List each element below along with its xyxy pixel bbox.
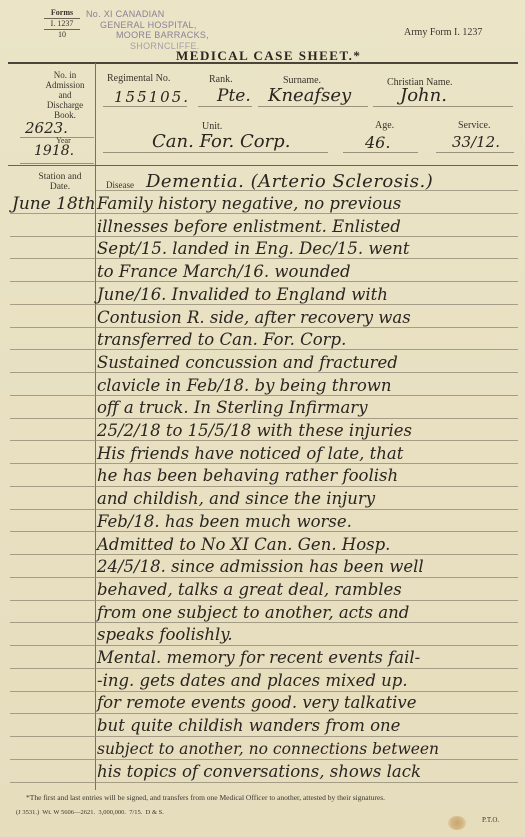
notes-line: for remote events good. very talkative — [97, 692, 521, 715]
unit-line — [103, 152, 328, 153]
station-date-value: June 18th — [12, 194, 96, 214]
forms-label: Forms — [44, 8, 80, 18]
footer-note: *The first and last entries will be sign… — [26, 793, 516, 802]
regimental-no-label: Regimental No. — [107, 73, 170, 84]
notes-line: Admitted to No XI Can. Gen. Hosp. — [97, 534, 521, 557]
forms-sub: 10 — [44, 30, 80, 40]
notes-line: from one subject to another, acts and — [97, 602, 521, 625]
rank-value: Pte. — [217, 86, 251, 106]
clinical-notes: Family history negative, no previous ill… — [97, 193, 521, 783]
notes-line: -ing. gets dates and places mixed up. — [97, 670, 521, 693]
header-rule — [8, 62, 518, 64]
forms-number: I. 1237 — [44, 18, 80, 30]
rank-label: Rank. — [209, 74, 233, 85]
notes-line: Family history negative, no previous — [97, 193, 521, 216]
christian-name-line — [373, 106, 513, 107]
notes-line: 25/2/18 to 15/5/18 with these injuries — [97, 420, 521, 443]
surname-line — [258, 106, 368, 107]
notes-line: 24/5/18. since admission has been well — [97, 556, 521, 579]
notes-line: subject to another, no connections betwe… — [97, 738, 521, 761]
notes-line: Mental. memory for recent events fail- — [97, 647, 521, 670]
age-label: Age. — [375, 120, 394, 131]
regimental-no-value: 155105. — [114, 88, 190, 106]
stamp-line-1: No. XI CANADIAN — [86, 9, 209, 20]
notes-line: he has been behaving rather foolish — [97, 465, 521, 488]
forms-reference: Forms I. 1237 10 — [44, 8, 80, 40]
notes-line: transferred to Can. For. Corp. — [97, 329, 521, 352]
christian-name-value: John. — [400, 85, 447, 106]
notes-line: June/16. Invalided to England with — [97, 284, 521, 307]
notes-line: his topics of conversations, shows lack — [97, 761, 521, 784]
rank-line — [198, 106, 252, 107]
notes-line: off a truck. In Sterling Infirmary — [97, 397, 521, 420]
ruled-line — [96, 190, 518, 191]
section-rule — [8, 165, 518, 166]
year-value: 1918. — [34, 143, 74, 159]
notes-line: and childish, and since the injury — [97, 488, 521, 511]
service-value: 33/12. — [452, 133, 500, 151]
service-line — [436, 152, 514, 153]
notes-line: clavicle in Feb/18. by being thrown — [97, 375, 521, 398]
disease-value: Dementia. (Arterio Sclerosis.) — [146, 171, 433, 192]
admission-book-label: No. in Admission and Discharge Book. — [40, 70, 90, 120]
disease-label: Disease — [106, 180, 134, 190]
column-divider — [95, 63, 96, 790]
hospital-stamp: No. XI CANADIAN GENERAL HOSPITAL, MOORE … — [86, 9, 209, 51]
regimental-no-line — [103, 106, 187, 107]
notes-line: Sept/15. landed in Eng. Dec/15. went — [97, 238, 521, 261]
age-value: 46. — [365, 133, 390, 152]
notes-line: behaved, talks a great deal, rambles — [97, 579, 521, 602]
stamp-line-3: MOORE BARRACKS, — [86, 30, 209, 41]
surname-value: Kneafsey — [268, 85, 351, 106]
paper-stain — [448, 816, 466, 830]
unit-value: Can. For. Corp. — [152, 131, 290, 152]
notes-line: His friends have noticed of late, that — [97, 443, 521, 466]
army-form-number: Army Form I. 1237 — [404, 27, 482, 38]
stamp-line-2: GENERAL HOSPITAL, — [86, 20, 209, 31]
year-line — [20, 163, 94, 164]
notes-line: Feb/18. has been much worse. — [97, 511, 521, 534]
print-code: (J 3531.) Wt. W 5606—2621. 3,000,000. 7/… — [16, 809, 164, 816]
admission-number: 2623. — [25, 119, 68, 137]
pto-label: P.T.O. — [482, 816, 499, 824]
station-date-label: Station and Date. — [36, 172, 84, 192]
service-label: Service. — [458, 120, 491, 131]
notes-line: Contusion R. side, after recovery was — [97, 307, 521, 330]
notes-line: to France March/16. wounded — [97, 261, 521, 284]
notes-line: but quite childish wanders from one — [97, 715, 521, 738]
notes-line: illnesses before enlistment. Enlisted — [97, 216, 521, 239]
age-line — [343, 152, 418, 153]
medical-case-sheet: Forms I. 1237 10 No. XI CANADIAN GENERAL… — [0, 0, 525, 837]
notes-line: Sustained concussion and fractured — [97, 352, 521, 375]
notes-line: speaks foolishly. — [97, 624, 521, 647]
